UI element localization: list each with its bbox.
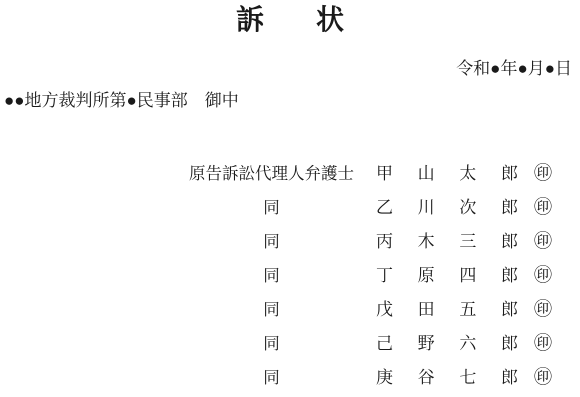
name-char: 郎: [501, 232, 518, 251]
attorney-name: 戊 田 五 郎: [376, 297, 518, 319]
name-char: 原: [418, 266, 435, 285]
name-char: 郎: [501, 164, 518, 183]
name-char: 七: [459, 368, 476, 387]
attorney-name: 丁 原 四 郎: [376, 263, 518, 285]
attorney-ditto-label: 同: [189, 263, 354, 285]
seal-icon: ㊞: [534, 229, 552, 251]
name-char: 郎: [501, 198, 518, 217]
name-char: 太: [459, 164, 476, 183]
attorney-ditto-label: 同: [189, 195, 354, 217]
attorney-ditto-label: 同: [189, 331, 354, 353]
name-char: 郎: [501, 334, 518, 353]
seal-icon: ㊞: [534, 331, 552, 353]
seal-icon: ㊞: [534, 297, 552, 319]
title-char: 状: [316, 6, 344, 37]
attorney-row: 同 乙 川 次 郎 ㊞: [189, 195, 552, 229]
seal-icon: ㊞: [534, 365, 552, 387]
name-char: 戊: [376, 300, 393, 319]
attorney-ditto-label: 同: [189, 229, 354, 251]
attorney-row: 原告訴訟代理人弁護士 甲 山 太 郎 ㊞: [189, 161, 552, 195]
document-title: 訴 状: [0, 6, 580, 37]
date-line: 令和●年●月●日: [456, 59, 572, 78]
attorney-name: 庚 谷 七 郎: [376, 365, 518, 387]
name-char: 丙: [376, 232, 393, 251]
name-char: 庚: [376, 368, 393, 387]
name-char: 郎: [501, 368, 518, 387]
name-char: 六: [459, 334, 476, 353]
name-char: 郎: [501, 266, 518, 285]
seal-icon: ㊞: [534, 195, 552, 217]
name-char: 山: [418, 164, 435, 183]
name-char: 五: [459, 300, 476, 319]
attorney-row: 同 己 野 六 郎 ㊞: [189, 331, 552, 365]
complaint-document-page: 訴 状 令和●年●月●日 ●●地方裁判所第●民事部 御中 原告訴訟代理人弁護士 …: [0, 0, 580, 397]
name-char: 乙: [376, 198, 393, 217]
attorney-name: 丙 木 三 郎: [376, 229, 518, 251]
attorney-row: 同 戊 田 五 郎 ㊞: [189, 297, 552, 331]
name-char: 田: [418, 300, 435, 319]
attorney-ditto-label: 同: [189, 365, 354, 387]
seal-icon: ㊞: [534, 263, 552, 285]
attorney-role-label: 原告訴訟代理人弁護士: [189, 161, 354, 183]
attorney-name: 己 野 六 郎: [376, 331, 518, 353]
name-char: 木: [418, 232, 435, 251]
name-char: 甲: [376, 164, 393, 183]
name-char: 野: [418, 334, 435, 353]
name-char: 川: [418, 198, 435, 217]
attorney-name: 甲 山 太 郎: [376, 161, 518, 183]
attorney-row: 同 丁 原 四 郎 ㊞: [189, 263, 552, 297]
attorney-signature-block: 原告訴訟代理人弁護士 甲 山 太 郎 ㊞ 同 乙 川 次 郎 ㊞ 同 丙 木: [189, 161, 552, 397]
title-char: 訴: [236, 6, 264, 37]
attorney-row: 同 庚 谷 七 郎 ㊞: [189, 365, 552, 397]
name-char: 四: [459, 266, 476, 285]
attorney-ditto-label: 同: [189, 297, 354, 319]
name-char: 次: [459, 198, 476, 217]
name-char: 丁: [376, 266, 393, 285]
name-char: 己: [376, 334, 393, 353]
name-char: 谷: [418, 368, 435, 387]
attorney-name: 乙 川 次 郎: [376, 195, 518, 217]
name-char: 郎: [501, 300, 518, 319]
seal-icon: ㊞: [534, 161, 552, 183]
court-addressee-line: ●●地方裁判所第●民事部 御中: [4, 91, 239, 110]
attorney-row: 同 丙 木 三 郎 ㊞: [189, 229, 552, 263]
name-char: 三: [459, 232, 476, 251]
